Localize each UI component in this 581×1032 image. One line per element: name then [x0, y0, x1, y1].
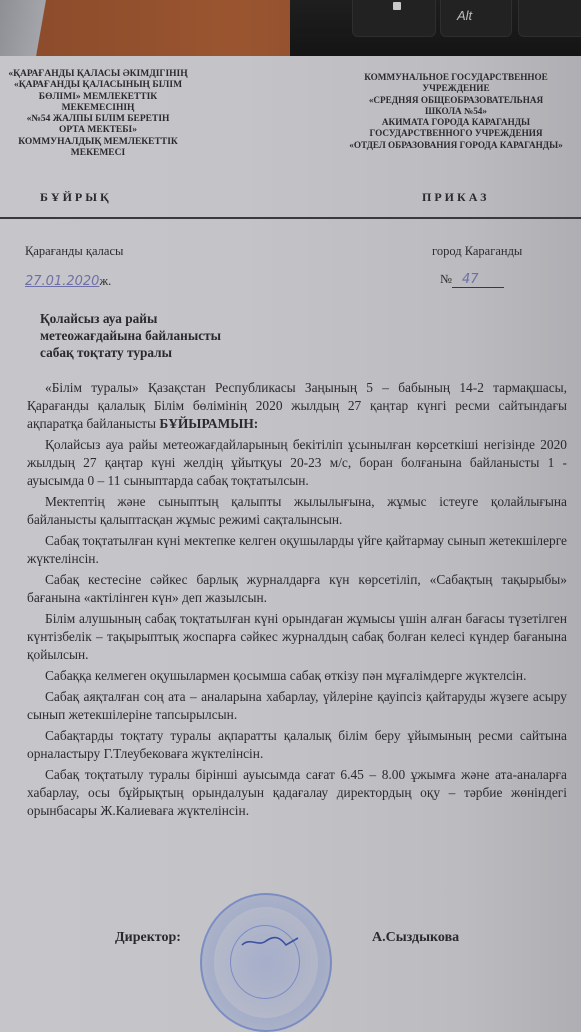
paragraph: Сабаққа келмеген оқушылармен қосымша саб… — [27, 667, 567, 685]
order-date: 27.01.2020ж. — [25, 274, 111, 289]
header-line: «№54 ЖАЛПЫ БІЛІМ БЕРЕТІН — [8, 114, 188, 125]
keyboard-background: Alt — [290, 0, 581, 58]
keyboard-key — [518, 0, 581, 37]
signatory-name: А.Сыздыкова — [372, 930, 459, 946]
city-kazakh: Қарағанды қаласы — [25, 244, 123, 259]
header-line: КОММУНАЛЬНОЕ ГОСУДАРСТВЕННОЕ — [336, 72, 576, 83]
paragraph: Білім алушының сабақ тоқтатылған күні ор… — [27, 610, 567, 664]
header-line: «ОТДЕЛ ОБРАЗОВАНИЯ ГОРОДА КАРАГАНДЫ» — [336, 140, 576, 151]
background-paper-edge — [0, 0, 55, 58]
paragraph: Мектептің және сыныптың қалыпты жылылығы… — [27, 493, 567, 529]
header-kazakh-institution: «ҚАРАҒАНДЫ ҚАЛАСЫ ӘКІМДІГІНІҢ «ҚАРАҒАНДЫ… — [8, 69, 188, 159]
handwritten-date: 27.01.2020 — [25, 274, 99, 289]
header-line: «СРЕДНЯЯ ОБЩЕОБРАЗОВАТЕЛЬНАЯ — [336, 95, 576, 106]
subject-line: Қолайсыз ауа райы — [40, 310, 221, 327]
document-title-kazakh: БҰЙРЫҚ — [40, 190, 112, 205]
official-stamp — [200, 893, 332, 1032]
alt-key-label: Alt — [457, 8, 472, 23]
header-russian-institution: КОММУНАЛЬНОЕ ГОСУДАРСТВЕННОЕ УЧРЕЖДЕНИЕ … — [336, 72, 576, 151]
header-line: ШКОЛА №54» — [336, 106, 576, 117]
paragraph: Сабақ аяқталған соң ата – аналарына хаба… — [27, 688, 567, 724]
order-subject: Қолайсыз ауа райы метеожағдайына байланы… — [40, 310, 221, 361]
signature-icon — [240, 935, 300, 949]
paragraph-text: «Білім туралы» Қазақстан Республикасы За… — [27, 380, 567, 431]
paragraph: Сабақ тоқтатылған күні мектепке келген о… — [27, 532, 567, 568]
number-prefix: № — [440, 272, 452, 286]
date-suffix: ж. — [99, 274, 111, 288]
subject-line: сабақ тоқтату туралы — [40, 344, 221, 361]
city-russian: город Караганды — [432, 244, 522, 259]
keyboard-key-windows — [352, 0, 436, 37]
signature-title: Директор: — [115, 930, 181, 946]
order-body: «Білім туралы» Қазақстан Республикасы За… — [27, 379, 567, 823]
subject-line: метеожағдайына байланысты — [40, 327, 221, 344]
header-line: БӨЛІМІ» МЕМЛЕКЕТТІК МЕКЕМЕСІНІҢ — [8, 92, 188, 115]
header-line: КОММУНАЛДЫҚ МЕМЛЕКЕТТІК — [8, 137, 188, 148]
paragraph: Сабақ тоқтатылу туралы бірінші ауысымда … — [27, 766, 567, 820]
header-line: «ҚАРАҒАНДЫ ҚАЛАСЫНЫҢ БІЛІМ — [8, 80, 188, 91]
header-line: УЧРЕЖДЕНИЕ — [336, 83, 576, 94]
header-line: «ҚАРАҒАНДЫ ҚАЛАСЫ ӘКІМДІГІНІҢ — [8, 69, 188, 80]
paragraph: Қолайсыз ауа райы метеожағдайларының бек… — [27, 436, 567, 490]
order-number: №47 — [440, 272, 504, 288]
windows-icon — [393, 2, 401, 10]
header-line: ГОСУДАРСТВЕННОГО УЧРЕЖДЕНИЯ — [336, 128, 576, 139]
keyboard-key-alt: Alt — [440, 0, 512, 37]
header-divider — [0, 217, 581, 219]
paragraph: Сабақтарды тоқтату туралы ақпаратты қала… — [27, 727, 567, 763]
handwritten-number: 47 — [462, 272, 479, 287]
order-keyword: БҰЙЫРАМЫН: — [159, 416, 258, 431]
header-line: МЕКЕМЕСІ — [8, 148, 188, 159]
header-line: АКИМАТА ГОРОДА КАРАГАНДЫ — [336, 117, 576, 128]
paragraph: Сабақ кестесіне сәйкес барлық журналдарғ… — [27, 571, 567, 607]
paragraph: «Білім туралы» Қазақстан Республикасы За… — [27, 379, 567, 433]
document-title-russian: ПРИКАЗ — [422, 190, 489, 205]
header-line: ОРТА МЕКТЕБІ» — [8, 125, 188, 136]
